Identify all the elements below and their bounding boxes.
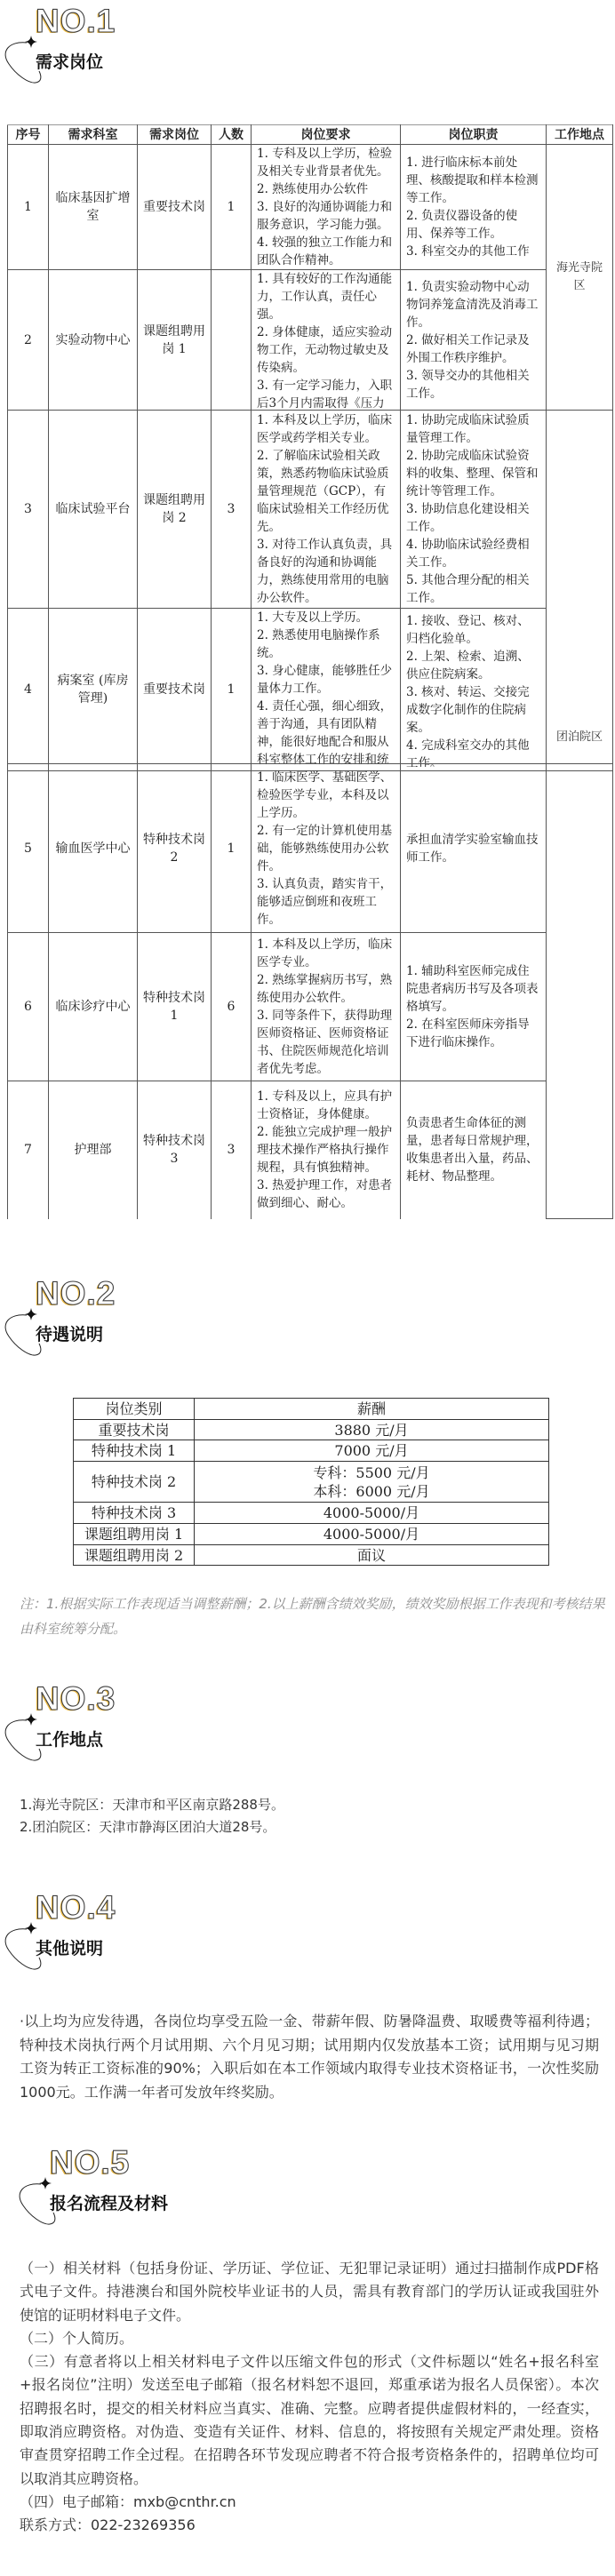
header-no: 序号: [8, 125, 49, 145]
section-number: NO.5: [50, 2145, 130, 2181]
cell-requirements: 1. 本科及以上学历，临床医学或药学相关专业。2. 了解临床试验相关政策，熟悉药…: [252, 411, 401, 609]
cell-location-empty: [547, 764, 613, 1219]
cell-no: 5: [8, 764, 49, 933]
cell-position: 课题组聘用岗 1: [138, 270, 212, 411]
requirements-list: 1. 本科及以上学历，临床医学专业。2. 熟练掌握病历书写，熟练使用办公软件。3…: [257, 936, 395, 1078]
requirement-item: 3. 对待工作认真负责，具备良好的沟通和协调能力，熟练使用常用的电脑办公软件。: [257, 536, 395, 607]
requirement-item: 1. 具有较好的工作沟通能力，工作认真，责任心强。: [257, 270, 395, 323]
duty-item: 4. 协助临床试验经费相关工作。: [406, 536, 541, 571]
work-location-item: 1.海光寺院区：天津市和平区南京路288号。: [20, 1794, 597, 1816]
cell-headcount: 6: [212, 933, 252, 1081]
header-department: 需求科室: [49, 125, 138, 145]
cell-department: 临床基因扩增室: [49, 145, 138, 270]
cell-headcount: 3: [212, 1081, 252, 1219]
duty-item: 5. 其他合理分配的相关工作。: [406, 571, 541, 607]
duty-item: 2. 负责仪器设备的使用、保养等工作。: [406, 207, 541, 243]
header-category: 岗位类别: [74, 1399, 195, 1420]
requirements-list: 1. 专科及以上，应具有护士资格证，身体健康。2. 能独立完成护理一般护理技术操…: [257, 1088, 395, 1212]
application-paragraph: （二）个人简历。: [20, 2327, 599, 2350]
salary-header-row: 岗位类别 薪酬: [74, 1399, 549, 1420]
cell-category: 特种技术岗 2: [74, 1462, 195, 1503]
cell-position: 课题组聘用岗 2: [138, 411, 212, 609]
cell-position: 特种技术岗 1: [138, 933, 212, 1081]
cell-no: 1: [8, 145, 49, 270]
cell-salary: 7000 元/月: [195, 1440, 549, 1462]
section-title: 需求岗位: [36, 51, 103, 74]
header-salary: 薪酬: [195, 1399, 549, 1420]
duty-item: 2. 上架、检索、追溯、供应住院病案。: [406, 648, 541, 683]
salary-row: 特种技术岗 1 7000 元/月: [74, 1440, 549, 1462]
duty-item: 承担血清学实验室输血技师工作。: [406, 831, 541, 866]
duty-item: 1. 进行临床标本前处理、核酸提取和样本检测等工作。: [406, 154, 541, 207]
cell-no: 7: [8, 1081, 49, 1219]
cell-no: 2: [8, 270, 49, 411]
duty-item: 负责患者生命体征的测量，患者每日常规护理，收集患者出入量，药品、耗材、物品整理。: [406, 1114, 541, 1185]
cell-department: 护理部: [49, 1081, 138, 1219]
salary-lines: 专科：5500 元/月本科：6000 元/月: [195, 1463, 548, 1501]
section-number: NO.2: [36, 1276, 116, 1312]
section-header-positions: NO.1 需求岗位: [0, 4, 213, 88]
duty-item: 3. 科室交办的其他工作: [406, 243, 541, 260]
application-paragraph: （一）相关材料（包括身份证、学历证、学位证、无犯罪记录证明）通过扫描制作成PDF…: [20, 2257, 599, 2327]
contact-phone: 联系方式：022-23269356: [20, 2514, 599, 2537]
table-row: 6 临床诊疗中心 特种技术岗 1 6 1. 本科及以上学历，临床医学专业。2. …: [8, 933, 613, 1081]
cell-salary: 面议: [195, 1545, 549, 1566]
cell-location: 海光寺院区: [547, 145, 613, 411]
salary-row: 课题组聘用岗 2 面议: [74, 1545, 549, 1566]
salary-note: 注：1.根据实际工作表现适当调整薪酬；2.以上薪酬含绩效奖励，绩效奖励根据工作表…: [20, 1591, 608, 1641]
cell-requirements: 1. 临床医学、基础医学、检验医学专业，本科及以上学历。2. 有一定的计算机使用…: [252, 764, 401, 933]
table-row: 4 病案室 (库房管理) 重要技术岗 1 1. 大专及以上学历。2. 熟悉使用电…: [8, 609, 613, 771]
duties-list: 1. 协助完成临床试验质量管理工作。2. 协助完成临床试验资料的收集、整理、保管…: [406, 411, 541, 607]
requirement-item: 3. 良好的沟通协调能力和服务意识，学习能力强。: [257, 198, 395, 234]
duty-item: 4. 完成科室交办的其他工作。: [406, 737, 541, 767]
cell-duties: 承担血清学实验室输血技师工作。: [401, 764, 547, 933]
cell-requirements: 1. 大专及以上学历。2. 熟悉使用电脑操作系统。3. 身心健康，能够胜任少量体…: [252, 609, 401, 771]
requirement-item: 1. 本科及以上学历，临床医学或药学相关专业。: [257, 411, 395, 447]
duties-list: 1. 辅助科室医师完成住院患者病历书写及各项表格填写。2. 在科室医师床旁指导下…: [406, 962, 541, 1051]
duty-item: 1. 协助完成临床试验质量管理工作。: [406, 411, 541, 447]
requirement-item: 2. 熟练使用办公软件: [257, 180, 395, 198]
table-row: 3 临床试验平台 课题组聘用岗 2 3 1. 本科及以上学历，临床医学或药学相关…: [8, 411, 613, 609]
cell-position: 特种技术岗 3: [138, 1081, 212, 1219]
cell-category: 特种技术岗 1: [74, 1440, 195, 1462]
header-duties: 岗位职责: [401, 125, 547, 145]
cell-duties: 1. 协助完成临床试验质量管理工作。2. 协助完成临床试验资料的收集、整理、保管…: [401, 411, 547, 609]
cell-category: 特种技术岗 3: [74, 1503, 195, 1524]
positions-table-continued: 5 输血医学中心 特种技术岗 2 1 1. 临床医学、基础医学、检验医学专业，本…: [7, 763, 613, 1219]
cell-headcount: 1: [212, 145, 252, 270]
header-requirements: 岗位要求: [252, 125, 401, 145]
other-notes-text: ·以上均为应发待遇，各岗位均享受五险一金、带薪年假、防暑降温费、取暖费等福利待遇…: [20, 2010, 599, 2104]
salary-line: 专科：5500 元/月: [195, 1463, 548, 1482]
requirements-list: 1. 大专及以上学历。2. 熟悉使用电脑操作系统。3. 身心健康，能够胜任少量体…: [257, 609, 395, 770]
salary-row: 课题组聘用岗 1 4000-5000/月: [74, 1524, 549, 1545]
work-location-item: 2.团泊院区：天津市静海区团泊大道28号。: [20, 1816, 597, 1838]
cell-position: 特种技术岗 2: [138, 764, 212, 933]
cell-no: 3: [8, 411, 49, 609]
salary-row: 重要技术岗 3880 元/月: [74, 1420, 549, 1440]
cell-duties: 1. 负责实验动物中心动物饲养笼盒清洗及消毒工作。2. 做好相关工作记录及外围工…: [401, 270, 547, 411]
cell-department: 病案室 (库房管理): [49, 609, 138, 771]
requirement-item: 1. 专科及以上学历，检验及相关专业背景者优先。: [257, 145, 395, 180]
section-title: 待遇说明: [36, 1323, 103, 1346]
section-number: NO.3: [36, 1681, 116, 1717]
cell-position: 重要技术岗: [138, 145, 212, 270]
section-header-locations: NO.3 工作地点: [0, 1681, 213, 1766]
requirement-item: 3. 同等条件下，获得助理医师资格证、医师资格证书、住院医师规范化培训者优先考虑…: [257, 1007, 395, 1078]
cell-salary: 专科：5500 元/月本科：6000 元/月: [195, 1462, 549, 1503]
requirement-item: 1. 本科及以上学历，临床医学专业。: [257, 936, 395, 971]
section-title: 报名流程及材料: [50, 2192, 168, 2215]
salary-table: 岗位类别 薪酬 重要技术岗 3880 元/月 特种技术岗 1 7000 元/月 …: [73, 1398, 549, 1566]
cell-salary: 3880 元/月: [195, 1420, 549, 1440]
application-text: （一）相关材料（包括身份证、学历证、学位证、无犯罪记录证明）通过扫描制作成PDF…: [20, 2257, 599, 2538]
duties-list: 1. 负责实验动物中心动物饲养笼盒清洗及消毒工作。2. 做好相关工作记录及外围工…: [406, 278, 541, 403]
duty-item: 2. 在科室医师床旁指导下进行临床操作。: [406, 1016, 541, 1051]
section-title: 其他说明: [36, 1937, 103, 1960]
table-row: 7 护理部 特种技术岗 3 3 1. 专科及以上，应具有护士资格证，身体健康。2…: [8, 1081, 613, 1219]
requirement-item: 2. 熟练掌握病历书写，熟练使用办公软件。: [257, 971, 395, 1007]
application-email: （四）电子邮箱：mxb@cnthr.cn: [20, 2491, 599, 2514]
requirements-list: 1. 具有较好的工作沟通能力，工作认真，责任心强。2. 身体健康，适应实验动物工…: [257, 270, 395, 410]
duty-item: 2. 协助完成临床试验资料的收集、整理、保管和统计等管理工作。: [406, 447, 541, 500]
section-header-compensation: NO.2 待遇说明: [0, 1276, 213, 1360]
duties-list: 承担血清学实验室输血技师工作。: [406, 831, 541, 866]
cell-duties: 1. 辅助科室医师完成住院患者病历书写及各项表格填写。2. 在科室医师床旁指导下…: [401, 933, 547, 1081]
section-title: 工作地点: [36, 1728, 103, 1751]
requirements-list: 1. 本科及以上学历，临床医学或药学相关专业。2. 了解临床试验相关政策，熟悉药…: [257, 411, 395, 607]
cell-category: 重要技术岗: [74, 1420, 195, 1440]
requirement-item: 1. 专科及以上，应具有护士资格证，身体健康。: [257, 1088, 395, 1123]
cell-position: 重要技术岗: [138, 609, 212, 771]
salary-line: 本科：6000 元/月: [195, 1482, 548, 1501]
requirement-item: 3. 有一定学习能力，入职后3个月内需取得《压力容器作业证》: [257, 377, 395, 410]
cell-category: 课题组聘用岗 1: [74, 1524, 195, 1545]
requirement-item: 1. 临床医学、基础医学、检验医学专业，本科及以上学历。: [257, 769, 395, 822]
requirements-list: 1. 临床医学、基础医学、检验医学专业，本科及以上学历。2. 有一定的计算机使用…: [257, 769, 395, 929]
duty-item: 2. 做好相关工作记录及外围工作秩序维护。: [406, 331, 541, 367]
requirements-list: 1. 专科及以上学历，检验及相关专业背景者优先。2. 熟练使用办公软件3. 良好…: [257, 145, 395, 269]
cell-duties: 1. 接收、登记、核对、归档化验单。2. 上架、检索、追溯、供应住院病案。3. …: [401, 609, 547, 771]
salary-row: 特种技术岗 3 4000-5000/月: [74, 1503, 549, 1524]
application-paragraph: （三）有意者将以上相关材料电子文件以压缩文件包的形式（文件标题以“姓名+报名科室…: [20, 2350, 599, 2491]
cell-department: 临床试验平台: [49, 411, 138, 609]
cell-headcount: 3: [212, 411, 252, 609]
section-number: NO.4: [36, 1890, 116, 1926]
duty-item: 1. 辅助科室医师完成住院患者病历书写及各项表格填写。: [406, 962, 541, 1016]
table-row: 5 输血医学中心 特种技术岗 2 1 1. 临床医学、基础医学、检验医学专业，本…: [8, 764, 613, 933]
work-location-list: 1.海光寺院区：天津市和平区南京路288号。 2.团泊院区：天津市静海区团泊大道…: [20, 1794, 597, 1838]
cell-salary: 4000-5000/月: [195, 1503, 549, 1524]
duty-item: 1. 负责实验动物中心动物饲养笼盒清洗及消毒工作。: [406, 278, 541, 331]
cell-no: 4: [8, 609, 49, 771]
cell-duties: 负责患者生命体征的测量，患者每日常规护理，收集患者出入量，药品、耗材、物品整理。: [401, 1081, 547, 1219]
requirement-item: 2. 有一定的计算机使用基础，能够熟练使用办公软件。: [257, 822, 395, 875]
salary-row: 特种技术岗 2 专科：5500 元/月本科：6000 元/月: [74, 1462, 549, 1503]
table-row: 1 临床基因扩增室 重要技术岗 1 1. 专科及以上学历，检验及相关专业背景者优…: [8, 145, 613, 270]
header-position: 需求岗位: [138, 125, 212, 145]
header-location: 工作地点: [547, 125, 613, 145]
duty-item: 1. 接收、登记、核对、归档化验单。: [406, 612, 541, 648]
section-header-application: NO.5 报名流程及材料: [14, 2145, 228, 2229]
cell-department: 输血医学中心: [49, 764, 138, 933]
duty-item: 3. 核对、转运、交接完成数字化制作的住院病案。: [406, 683, 541, 737]
cell-department: 临床诊疗中心: [49, 933, 138, 1081]
cell-duties: 1. 进行临床标本前处理、核酸提取和样本检测等工作。2. 负责仪器设备的使用、保…: [401, 145, 547, 270]
duties-list: 负责患者生命体征的测量，患者每日常规护理，收集患者出入量，药品、耗材、物品整理。: [406, 1114, 541, 1185]
cell-salary: 4000-5000/月: [195, 1524, 549, 1545]
positions-table: 序号 需求科室 需求岗位 人数 岗位要求 岗位职责 工作地点 1 临床基因扩增室…: [7, 124, 613, 771]
cell-requirements: 1. 本科及以上学历，临床医学专业。2. 熟练掌握病历书写，熟练使用办公软件。3…: [252, 933, 401, 1081]
duty-item: 3. 领导交办的其他相关工作。: [406, 367, 541, 403]
requirement-item: 2. 能独立完成护理一般护理技术操作严格执行操作规程，具有慎独精神。: [257, 1123, 395, 1176]
duty-item: 3. 协助信息化建设相关工作。: [406, 500, 541, 536]
requirement-item: 4. 较强的独立工作能力和团队合作精神。: [257, 234, 395, 269]
header-headcount: 人数: [212, 125, 252, 145]
section-header-other-notes: NO.4 其他说明: [0, 1890, 213, 1974]
duties-list: 1. 接收、登记、核对、归档化验单。2. 上架、检索、追溯、供应住院病案。3. …: [406, 612, 541, 767]
cell-department: 实验动物中心: [49, 270, 138, 411]
requirement-item: 2. 身体健康，适应实验动物工作，无动物过敏史及传染病。: [257, 323, 395, 377]
requirement-item: 2. 了解临床试验相关政策，熟悉药物临床试验质量管理规范（GCP），有临床试验相…: [257, 447, 395, 536]
requirement-item: 3. 身心健康，能够胜任少量体力工作。: [257, 662, 395, 698]
section-number: NO.1: [36, 4, 116, 39]
cell-headcount: [212, 270, 252, 411]
cell-no: 6: [8, 933, 49, 1081]
cell-location: 团泊院区: [547, 411, 613, 771]
cell-requirements: 1. 专科及以上学历，检验及相关专业背景者优先。2. 熟练使用办公软件3. 良好…: [252, 145, 401, 270]
requirement-item: 3. 热爱护理工作，对患者做到细心、耐心。: [257, 1176, 395, 1212]
table-row: 2 实验动物中心 课题组聘用岗 1 1. 具有较好的工作沟通能力，工作认真，责任…: [8, 270, 613, 411]
requirement-item: 4. 责任心强，细心细致，善于沟通，具有团队精神，能很好地配合和服从科室整体工作…: [257, 698, 395, 770]
table-header-row: 序号 需求科室 需求岗位 人数 岗位要求 岗位职责 工作地点: [8, 125, 613, 145]
cell-headcount: 1: [212, 764, 252, 933]
requirement-item: 1. 大专及以上学历。: [257, 609, 395, 626]
cell-headcount: 1: [212, 609, 252, 771]
cell-category: 课题组聘用岗 2: [74, 1545, 195, 1566]
requirement-item: 3. 认真负责，踏实肯干，能够适应倒班和夜班工作。: [257, 875, 395, 929]
cell-requirements: 1. 具有较好的工作沟通能力，工作认真，责任心强。2. 身体健康，适应实验动物工…: [252, 270, 401, 411]
cell-requirements: 1. 专科及以上，应具有护士资格证，身体健康。2. 能独立完成护理一般护理技术操…: [252, 1081, 401, 1219]
duties-list: 1. 进行临床标本前处理、核酸提取和样本检测等工作。2. 负责仪器设备的使用、保…: [406, 154, 541, 260]
requirement-item: 2. 熟悉使用电脑操作系统。: [257, 626, 395, 662]
